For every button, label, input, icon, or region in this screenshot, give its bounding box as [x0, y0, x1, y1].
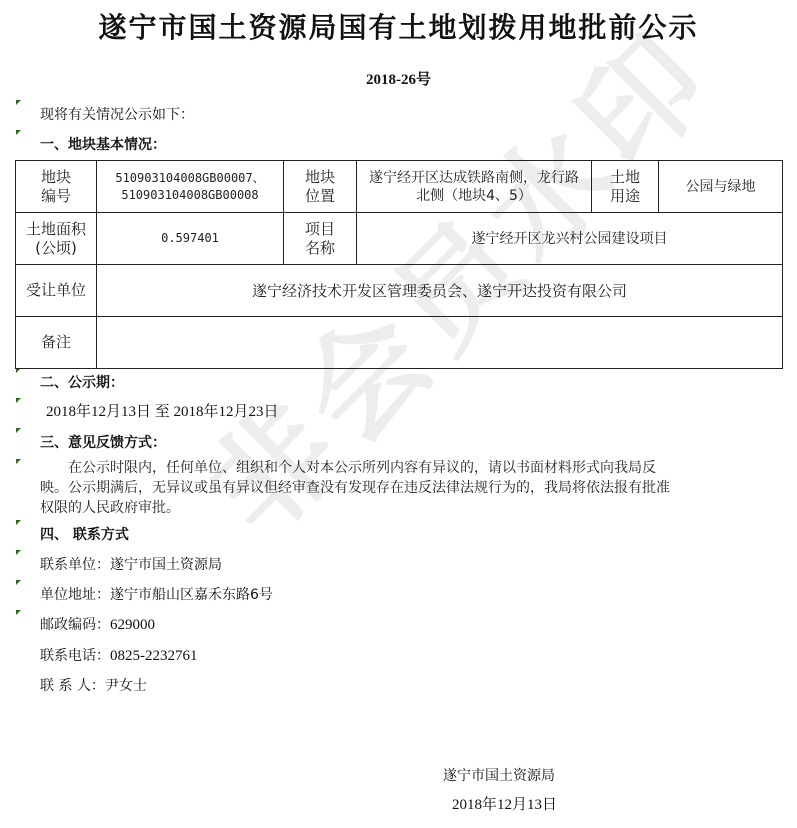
contact-unit: 联系单位：遂宁市国土资源局 — [40, 555, 222, 575]
label-parcel-location: 地块位置 — [284, 161, 357, 213]
remarks-value — [97, 317, 783, 369]
label-land-use: 土地用途 — [592, 161, 659, 213]
table-row: 地块编号 510903104008GB00007、 510903104008GB… — [16, 161, 783, 213]
paragraph-marker-icon — [16, 610, 21, 615]
paragraph-marker-icon — [16, 398, 21, 403]
label-remarks: 备注 — [16, 317, 97, 369]
contact-address: 单位地址：遂宁市船山区嘉禾东路6号 — [40, 585, 273, 605]
signature-issuer: 遂宁市国土资源局 — [443, 766, 555, 786]
section-heading-contact: 四、 联系方式 — [40, 525, 129, 545]
table-row: 土地面积 (公顷) 0.597401 项目 名称 遂宁经开区龙兴村公园建设项目 — [16, 213, 783, 265]
parcel-number-value: 510903104008GB00007、 510903104008GB00008 — [97, 161, 284, 213]
parcel-location-value: 遂宁经开区达成铁路南侧，龙行路 北侧（地块4、5） — [357, 161, 592, 213]
project-name-value: 遂宁经开区龙兴村公园建设项目 — [357, 213, 783, 265]
paragraph-marker-icon — [16, 580, 21, 585]
parcel-info-table: 地块编号 510903104008GB00007、 510903104008GB… — [15, 160, 783, 369]
page-title: 遂宁市国土资源局国有土地划拨用地批前公示 — [0, 8, 797, 48]
feedback-text: 在公示时限内，任何单位、组织和个人对本公示所列内容有异议的，请以书面材料形式向我… — [40, 458, 680, 518]
label-parcel-number: 地块编号 — [16, 161, 97, 213]
table-row: 备注 — [16, 317, 783, 369]
signature-date: 2018年12月13日 — [452, 795, 557, 815]
publicity-period: 2018年12月13日 至 2018年12月23日 — [46, 402, 279, 422]
contact-phone: 联系电话：0825-2232761 — [40, 646, 198, 666]
contact-person: 联 系 人：尹女士 — [40, 676, 147, 696]
label-project-name: 项目 名称 — [284, 213, 357, 265]
paragraph-marker-icon — [16, 428, 21, 433]
intro-text: 现将有关情况公示如下： — [40, 105, 194, 125]
land-use-value: 公园与绿地 — [659, 161, 783, 213]
section-heading-feedback: 三、意见反馈方式： — [40, 433, 166, 453]
grantee-value: 遂宁经济技术开发区管理委员会、遂宁开达投资有限公司 — [97, 265, 783, 317]
contact-postcode: 邮政编码：629000 — [40, 615, 155, 635]
section-heading-period: 二、公示期： — [40, 373, 124, 393]
label-land-area: 土地面积 (公顷) — [16, 213, 97, 265]
paragraph-marker-icon — [16, 550, 21, 555]
paragraph-marker-icon — [16, 520, 21, 525]
paragraph-marker-icon — [16, 459, 21, 464]
table-row: 受让单位 遂宁经济技术开发区管理委员会、遂宁开达投资有限公司 — [16, 265, 783, 317]
label-grantee: 受让单位 — [16, 265, 97, 317]
paragraph-marker-icon — [16, 100, 21, 105]
section-heading-basic-info: 一、地块基本情况： — [40, 135, 166, 155]
document-number: 2018-26号 — [0, 70, 797, 90]
paragraph-marker-icon — [16, 130, 21, 135]
land-area-value: 0.597401 — [97, 213, 284, 265]
